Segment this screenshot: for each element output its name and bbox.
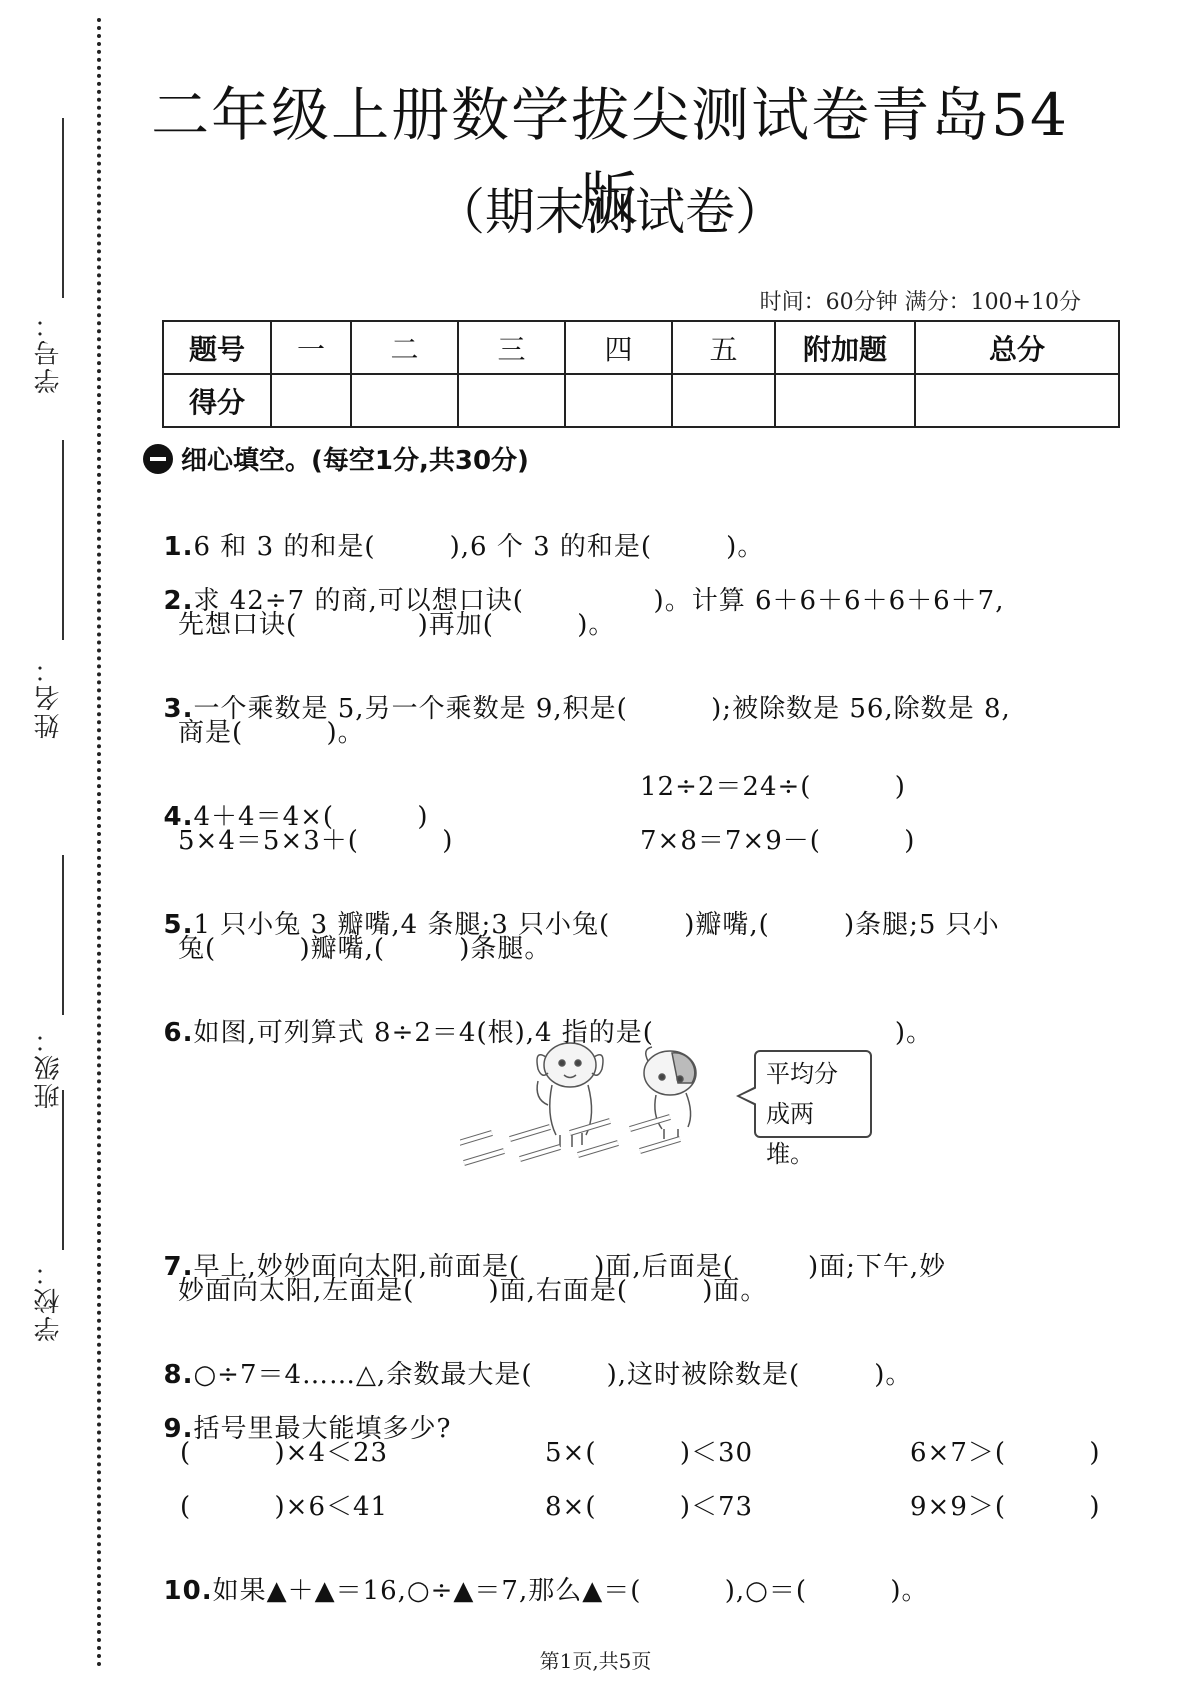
question-2-cont: 先想口诀( )再加( )。 xyxy=(178,604,615,641)
binding-dotted-line xyxy=(97,18,101,1668)
header-cell: 题号 xyxy=(163,321,271,374)
name-line[interactable] xyxy=(62,440,64,640)
question-9-item: 9×9＞( ) xyxy=(910,1486,1101,1523)
score-cell[interactable] xyxy=(458,374,565,427)
speech-line: 成两堆。 xyxy=(766,1094,860,1174)
header-cell: 二 xyxy=(351,321,458,374)
header-cell: 四 xyxy=(565,321,672,374)
name-label: 姓名： xyxy=(30,655,70,739)
score-table-score-row: 得分 xyxy=(163,374,1119,427)
class-label: 班级： xyxy=(30,1025,70,1109)
question-9-item: 5×( )＜30 xyxy=(545,1432,753,1469)
school-label: 学校： xyxy=(30,1258,70,1342)
speech-line: 平均分 xyxy=(766,1054,860,1094)
page-subtitle: （期末测试卷） xyxy=(130,172,1090,244)
question-text: 如果▲＋▲＝16,○÷▲＝7,那么▲＝( ),○＝( )。 xyxy=(213,1576,929,1606)
score-cell[interactable] xyxy=(672,374,775,427)
question-9-item: 6×7＞( ) xyxy=(910,1432,1101,1469)
question-4d: 7×8＝7×9－( ) xyxy=(640,820,915,857)
score-table-header-row: 题号 一 二 三 四 五 附加题 总分 xyxy=(163,321,1119,374)
score-table: 题号 一 二 三 四 五 附加题 总分 得分 xyxy=(162,320,1120,428)
row-label: 得分 xyxy=(163,374,271,427)
page-footer: 第1页,共5页 xyxy=(0,1645,1191,1674)
section-title: 细心填空。(每空1分,共30分) xyxy=(181,440,529,477)
question-4b: 12÷2＝24÷( ) xyxy=(640,766,906,803)
bones-icon xyxy=(460,1117,680,1163)
score-cell[interactable] xyxy=(565,374,672,427)
header-cell: 总分 xyxy=(915,321,1119,374)
question-10: 10.如果▲＋▲＝16,○÷▲＝7,那么▲＝( ),○＝( )。 xyxy=(145,1540,929,1607)
score-cell[interactable] xyxy=(775,374,915,427)
header-cell: 三 xyxy=(458,321,565,374)
question-5-cont: 兔( )瓣嘴,( )条腿。 xyxy=(178,928,551,965)
header-cell: 一 xyxy=(271,321,351,374)
student-id-label: 学号： xyxy=(30,310,70,394)
class-line[interactable] xyxy=(62,855,64,1015)
speech-bubble: 平均分 成两堆。 xyxy=(754,1050,872,1138)
score-cell[interactable] xyxy=(351,374,458,427)
question-7-cont: 妙面向太阳,左面是( )面,右面是( )面。 xyxy=(178,1270,767,1307)
question-number: 6. xyxy=(164,1018,194,1048)
score-cell[interactable] xyxy=(915,374,1119,427)
circled-one-icon xyxy=(143,444,173,474)
question-9-item: ( )×4＜23 xyxy=(180,1432,388,1469)
exam-meta: 时间：60分钟 满分：100+10分 xyxy=(760,285,1081,316)
school-line[interactable] xyxy=(62,1090,64,1250)
section-header: 细心填空。(每空1分,共30分) xyxy=(143,440,529,477)
header-cell: 附加题 xyxy=(775,321,915,374)
student-id-line[interactable] xyxy=(62,118,64,298)
header-cell: 五 xyxy=(672,321,775,374)
question-3-cont: 商是( )。 xyxy=(178,712,365,749)
question-number: 10. xyxy=(164,1576,213,1606)
question-4c: 5×4＝5×3＋( ) xyxy=(178,820,453,857)
question-9-item: ( )×6＜41 xyxy=(180,1486,388,1523)
score-cell[interactable] xyxy=(271,374,351,427)
question-9-item: 8×( )＜73 xyxy=(545,1486,753,1523)
